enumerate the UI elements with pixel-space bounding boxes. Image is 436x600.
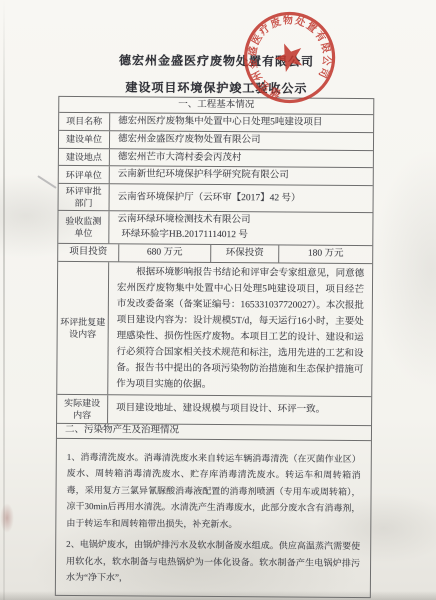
table-row-actual-content: 实际建设 内容 项目建设地址、建设规模与项目设计、环评一致。 [57, 394, 371, 425]
row-value: 德宏州医疗废物集中处置中心日处理5吨建设项目 [110, 113, 373, 132]
table-row-eia-unit: 环评单位 云南新世纪环境保护科学研究院有限公司 [59, 165, 373, 185]
monitor-report-number: 环绿环验字HB.20171114012 号 [121, 228, 368, 243]
section2-content-row: 1、消毒清洗废水。消毒清洗废水来自转运车辆消毒清洗（在灭菌作业区）废水、周转箱消… [56, 438, 371, 597]
pen-mark [37, 175, 57, 189]
document: 德宏州金盛医疗废物处置有限公司 建设项目环境保护竣工验收公示 德宏州金盛医疗废物… [55, 0, 375, 600]
investment-value: 680 万元 [119, 244, 211, 262]
row-value: 云南省环境保护厅（云环审【2017】42 号） [110, 185, 373, 213]
row-label: 环评审批 部门 [59, 184, 110, 210]
row-label: 环评批复建 设内容 [57, 262, 109, 394]
scanned-page: 德宏州金盛医疗废物处置有限公司 建设项目环境保护竣工验收公示 德宏州金盛医疗废物… [0, 0, 436, 600]
row-value: 德宏州金盛医疗废物处置有限公司 [110, 131, 373, 150]
table-row-project-name: 项目名称 德宏州医疗废物集中处置中心日处理5吨建设项目 [59, 112, 373, 132]
section2-header-row: 二、污染物产生及治理情况 [57, 423, 371, 440]
env-investment-value: 180 万元 [279, 245, 372, 263]
row-label: 实际建设 内容 [57, 395, 108, 423]
row-label: 环评单位 [59, 166, 110, 183]
table-row-approved-content: 环评批复建 设内容 根据环境影响报告书结论和评审会专家组意见，同意德宏州医疗废物… [57, 261, 372, 396]
table-row-approval-dept: 环评审批 部门 云南省环境保护厅（云环审【2017】42 号） [59, 183, 373, 212]
paragraph-boiler-wastewater: 2、电锅炉废水，由锅炉排污水及软水制备废水组成。供应高温蒸汽需要使用软化水，软水… [66, 536, 360, 588]
row-label: 建设地点 [59, 149, 110, 166]
pollution-content: 1、消毒清洗废水。消毒清洗废水来自转运车辆消毒清洗（在灭菌作业区）废水、周转箱消… [56, 439, 371, 597]
row-value: 项目建设地址、建设规模与项目设计、环评一致。 [108, 395, 371, 425]
paragraph-disinfection-wastewater: 1、消毒清洗废水。消毒清洗废水来自转运车辆消毒清洗（在灭菌作业区）废水、周转箱消… [66, 449, 361, 534]
table-row-investment: 项目投资 680 万元 环保投资 180 万元 [58, 243, 372, 263]
row-label: 建设单位 [59, 131, 110, 148]
project-info-table: 一、工程基本情况 项目名称 德宏州医疗废物集中处置中心日处理5吨建设项目 建设单… [55, 96, 374, 598]
investment-label: 项目投资 [58, 244, 119, 261]
section2-header: 二、污染物产生及治理情况 [57, 424, 371, 439]
row-value: 云南环绿环境检测技术有限公司 环绿环验字HB.20171114012 号 [109, 212, 372, 245]
monitor-unit-name: 云南环绿环境检测技术有限公司 [117, 214, 368, 229]
stamp-star-icon [271, 38, 308, 74]
scan-smudge [0, 503, 14, 533]
row-value: 云南新世纪环境保护科学研究院有限公司 [110, 167, 373, 186]
table-row-location: 建设地点 德宏州芒市大湾村委会丙茂村 [59, 148, 373, 168]
approved-content-text: 根据环境影响报告书结论和评审会专家组意见，同意德宏州医疗废物集中处置中心日处理5… [108, 262, 372, 396]
table-row-builder: 建设单位 德宏州金盛医疗废物处置有限公司 [59, 130, 373, 150]
table-row-monitor-unit: 验收监测 单位 云南环绿环境检测技术有限公司 环绿环验字HB.201711140… [58, 210, 372, 245]
env-investment-label: 环保投资 [211, 245, 279, 262]
row-value: 德宏州芒市大湾村委会丙茂村 [110, 149, 373, 168]
row-label: 项目名称 [59, 113, 110, 130]
row-label: 验收监测 单位 [58, 211, 109, 243]
